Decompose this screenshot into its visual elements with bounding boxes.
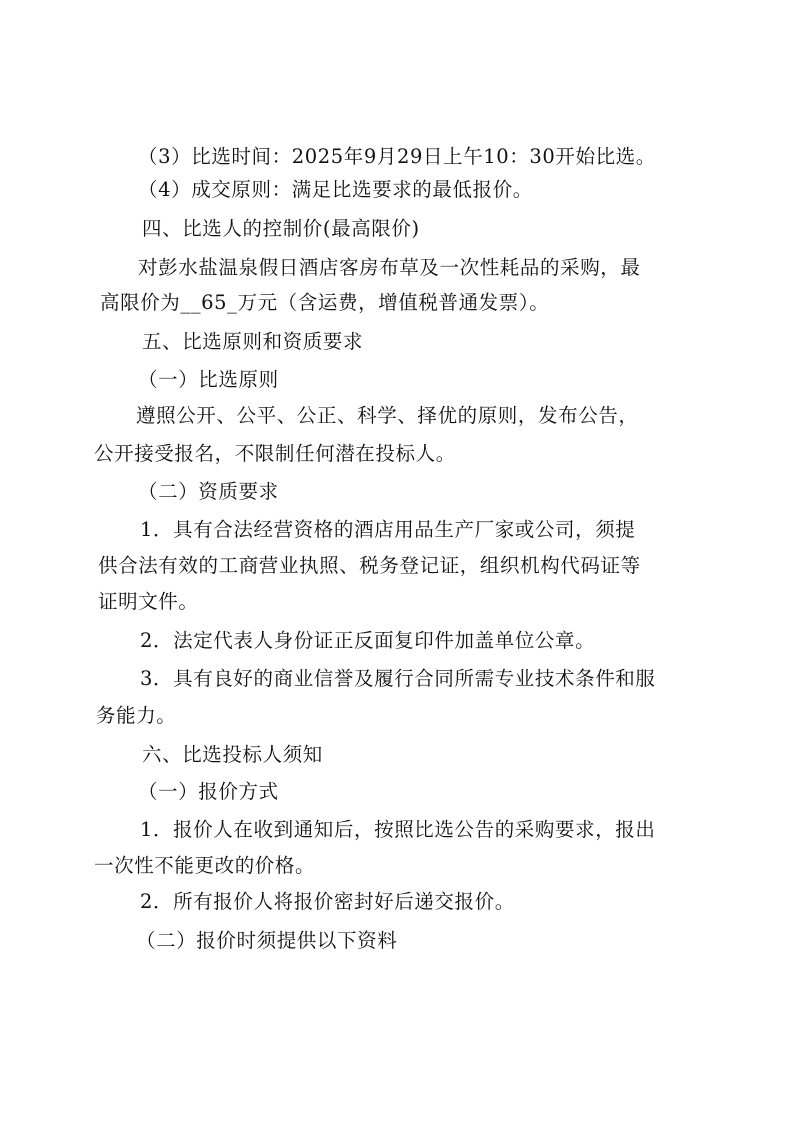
subheading-qualifications: （二）资质要求 — [138, 480, 279, 504]
text-line-bid-time: （3）比选时间：2025年9月29日上午10：30开始比选。 — [138, 145, 656, 169]
section-heading-control-price: 四、比选人的控制价(最高限价) — [142, 217, 420, 241]
paragraph-control-price-line-1: 对彭水盐温泉假日酒店客房布草及一次性耗品的采购，最 — [138, 256, 641, 280]
paragraph-principles-line-1: 遵照公开、公平、公正、科学、择优的原则，发布公告， — [136, 404, 639, 428]
subheading-quotation-method: （一）报价方式 — [138, 780, 279, 804]
paragraph-principles-line-2: 公开接受报名，不限制任何潜在投标人。 — [94, 442, 456, 466]
paragraph-control-price-line-2: 高限价为__65_万元（含运费，增值税普通发票）。 — [100, 291, 549, 315]
qualification-item-3-line-2: 务能力。 — [96, 704, 176, 728]
quotation-item-2: 2．所有报价人将报价密封好后递交报价。 — [140, 890, 515, 914]
text-line-award-principle: （4）成交原则：满足比选要求的最低报价。 — [138, 178, 533, 202]
qualification-item-2: 2．法定代表人身份证正反面复印件加盖单位公章。 — [140, 629, 595, 653]
section-heading-principles-qualifications: 五、比选原则和资质要求 — [142, 330, 363, 354]
qualification-item-1-line-1: 1．具有合法经营资格的酒店用品生产厂家或公司，须提 — [140, 518, 635, 542]
section-heading-bidder-notice: 六、比选投标人须知 — [142, 743, 323, 767]
quotation-item-1-line-2: 一次性不能更改的价格。 — [94, 854, 315, 878]
subheading-bid-principles: （一）比选原则 — [138, 368, 279, 392]
qualification-item-1-line-2: 供合法有效的工商营业执照、税务登记证，组织机构代码证等 — [98, 554, 641, 578]
qualification-item-1-line-3: 证明文件。 — [98, 590, 199, 614]
subheading-required-materials: （二）报价时须提供以下资料 — [136, 929, 397, 953]
quotation-item-1-line-1: 1．报价人在收到通知后，按照比选公告的采购要求，报出 — [140, 818, 656, 842]
qualification-item-3-line-1: 3．具有良好的商业信誉及履行合同所需专业技术条件和服 — [140, 667, 656, 691]
document-page: （3）比选时间：2025年9月29日上午10：30开始比选。 （4）成交原则：满… — [0, 0, 793, 1122]
